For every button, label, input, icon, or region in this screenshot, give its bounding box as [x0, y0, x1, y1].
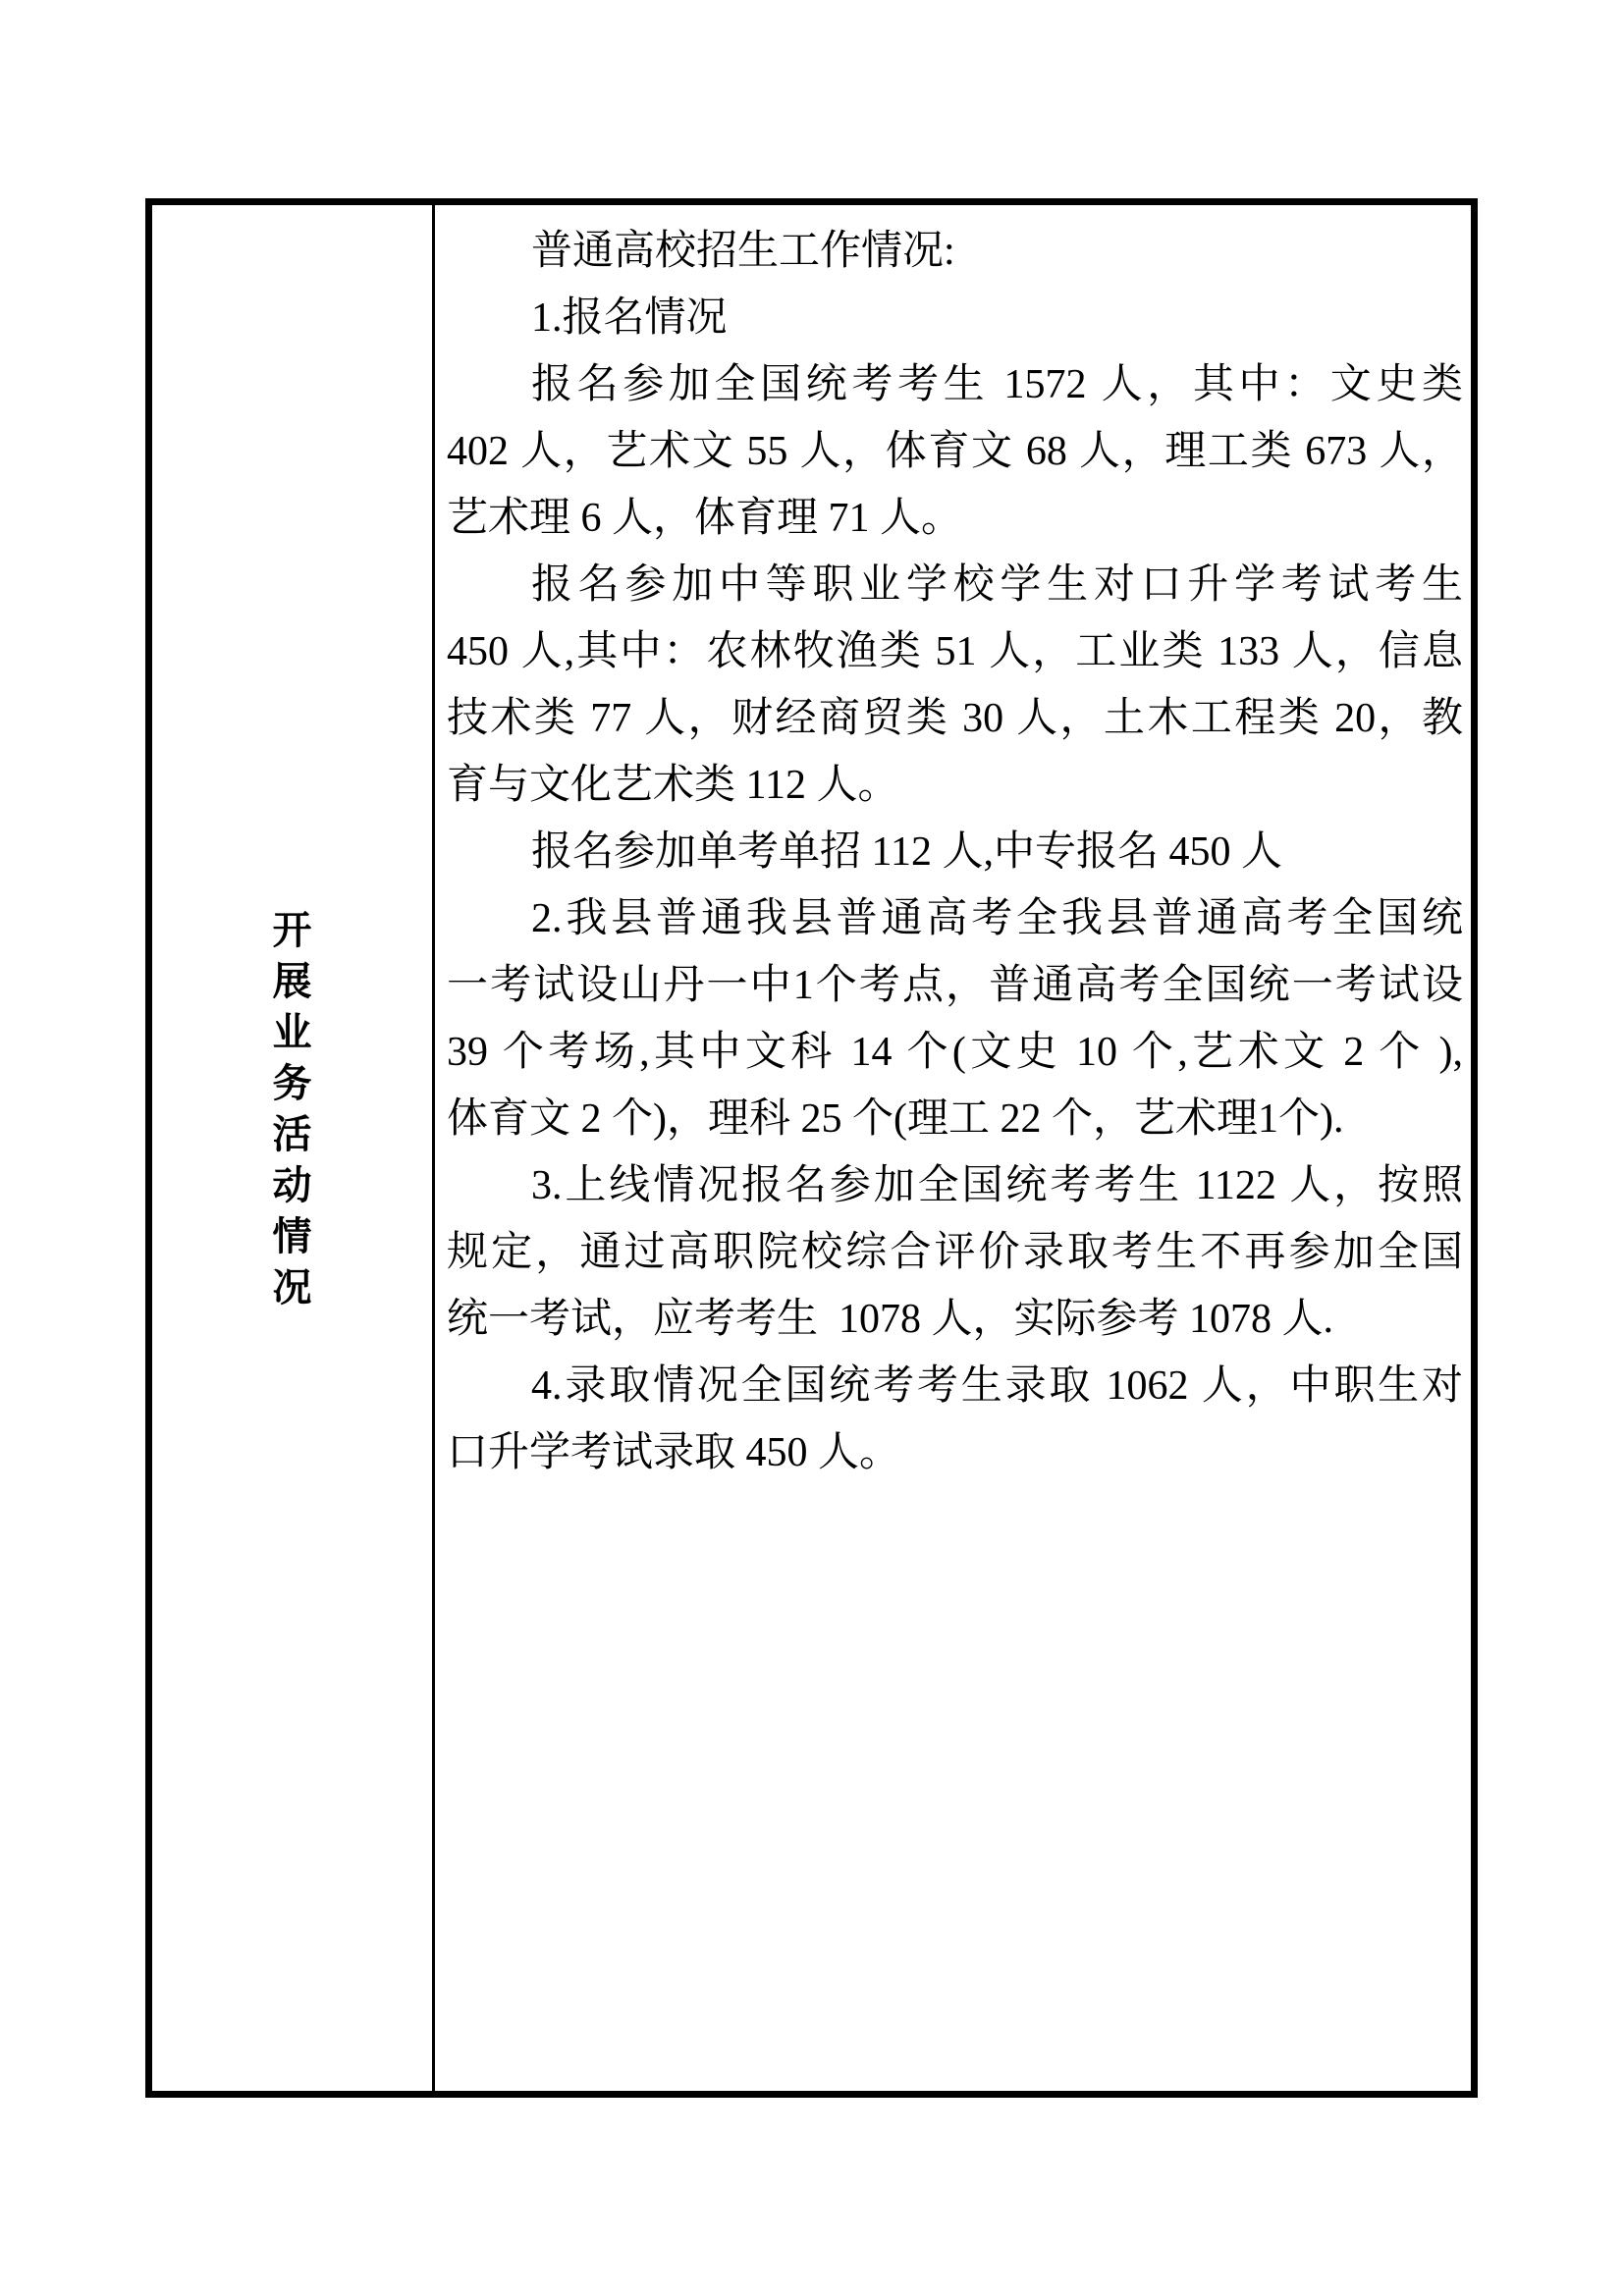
label-char: 活 — [273, 1109, 312, 1160]
label-char: 情 — [273, 1211, 312, 1262]
content-line: 3.上线情况报名参加全国统考考生 1122 人，按照 — [447, 1152, 1463, 1219]
report-table: 开展业务活动情况 普通高校招生工作情况:1.报名情况报名参加全国统考考生 157… — [145, 198, 1478, 2098]
content-line: 450 人,其中：农林牧渔类 51 人，工业类 133 人，信息 — [447, 618, 1463, 685]
content-line: 普通高校招生工作情况: — [447, 218, 1463, 285]
label-char: 展 — [273, 956, 312, 1007]
content-line: 402 人，艺术文 55 人，体育文 68 人，理工类 673 人， — [447, 418, 1463, 485]
content-line: 1.报名情况 — [447, 285, 1463, 351]
label-char: 开 — [273, 905, 312, 956]
content-line: 口升学考试录取 450 人。 — [447, 1419, 1463, 1486]
label-char: 动 — [273, 1160, 312, 1211]
content-line: 育与文化艺术类 112 人。 — [447, 752, 1463, 819]
content-line: 艺术理 6 人，体育理 71 人。 — [447, 485, 1463, 552]
label-char: 业 — [273, 1007, 312, 1058]
content-line: 报名参加单考单招 112 人,中专报名 450 人 — [447, 819, 1463, 885]
content-line: 4.录取情况全国统考考生录取 1062 人，中职生对 — [447, 1353, 1463, 1419]
section-label-cell: 开展业务活动情况 — [152, 205, 435, 2091]
section-label: 开展业务活动情况 — [273, 905, 312, 1313]
content-cell: 普通高校招生工作情况:1.报名情况报名参加全国统考考生 1572 人，其中：文史… — [435, 205, 1471, 2091]
content-line: 规定，通过高职院校综合评价录取考生不再参加全国 — [447, 1219, 1463, 1286]
label-char: 务 — [273, 1058, 312, 1109]
content-line: 报名参加中等职业学校学生对口升学考试考生 — [447, 552, 1463, 618]
label-char: 况 — [273, 1262, 312, 1313]
content-line: 体育文 2 个)，理科 25 个(理工 22 个，艺术理1个). — [447, 1086, 1463, 1152]
content-line: 技术类 77 人，财经商贸类 30 人，土木工程类 20，教 — [447, 685, 1463, 752]
content-line: 报名参加全国统考考生 1572 人，其中：文史类 — [447, 351, 1463, 418]
content-line: 2.我县普通我县普通高考全我县普通高考全国统 — [447, 885, 1463, 952]
content-line: 39 个考场,其中文科 14 个(文史 10 个,艺术文 2 个 ), — [447, 1019, 1463, 1086]
content-line: 统一考试，应考考生 1078 人，实际参考 1078 人. — [447, 1286, 1463, 1353]
content-line: 一考试设山丹一中1个考点，普通高考全国统一考试设 — [447, 952, 1463, 1019]
